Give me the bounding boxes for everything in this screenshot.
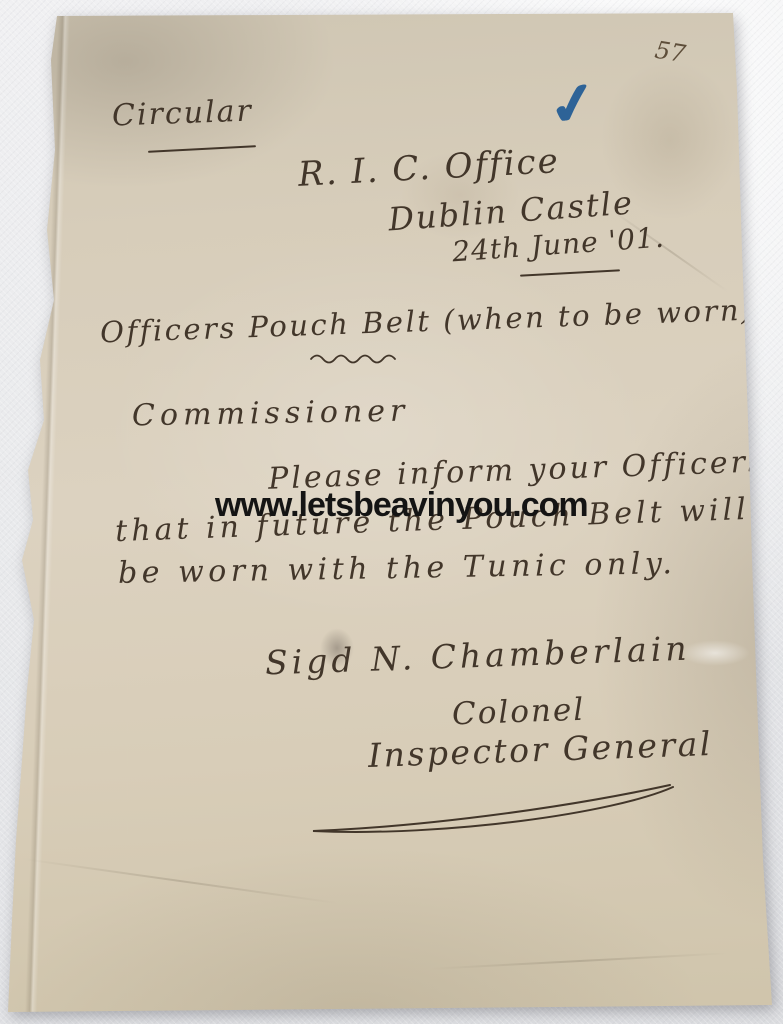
watermark-text: www.letsbeavinyou.com [215, 486, 588, 525]
signature-rank: Colonel [451, 692, 585, 733]
paper-crease [21, 858, 338, 905]
underline [148, 145, 256, 153]
paper-wrapper: 57 ✓ Circular R. I. C. Office Dublin Cas… [0, 0, 783, 1024]
document-page: 57 ✓ Circular R. I. C. Office Dublin Cas… [0, 0, 783, 1024]
body-line-3: be worn with the Tunic only. [118, 546, 677, 591]
subject-line: Officers Pouch Belt (when to be worn) [100, 293, 756, 350]
signature-flourish [295, 775, 685, 840]
underline [520, 269, 620, 276]
check-mark-icon: ✓ [543, 67, 602, 142]
salutation: Commissioner [132, 394, 410, 434]
signature-title: Inspector General [367, 724, 713, 775]
page-number: 57 [653, 36, 688, 68]
paper-crease [430, 952, 730, 970]
office-line: R. I. C. Office [297, 141, 561, 195]
squiggle-underline [308, 350, 403, 366]
circular-label: Circular [111, 94, 253, 134]
